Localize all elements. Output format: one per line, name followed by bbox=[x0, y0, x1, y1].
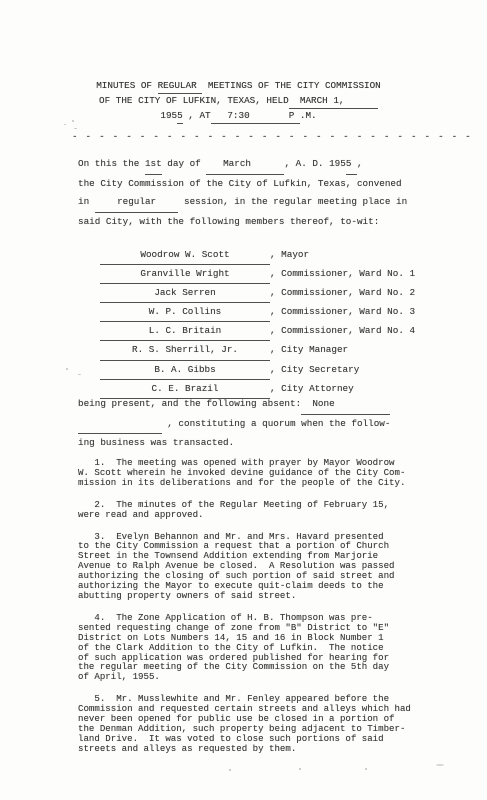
scan-artifact bbox=[229, 769, 231, 771]
year-blank: 5 bbox=[346, 155, 357, 175]
member-title: City Secretary bbox=[281, 364, 359, 375]
opening-line-4: said City, with the following members th… bbox=[78, 213, 407, 232]
minutes-item-2: 2. The minutes of the Regular Meeting of… bbox=[78, 500, 411, 520]
opening-line-2: the City Commission of the City of Lufki… bbox=[78, 175, 407, 194]
opening-line-1: On this the 1st day of March , A. D. 195… bbox=[78, 155, 407, 175]
roster-row: R. S. Sherrill, Jr., City Manager bbox=[100, 341, 415, 360]
opening-line-3: in regular session, in the regular meeti… bbox=[78, 193, 407, 213]
roster-row: L. C. Britain, Commissioner, Ward No. 4 bbox=[100, 322, 415, 341]
absent-blank-2 bbox=[78, 415, 162, 435]
roster-row: Woodrow W. Scott, Mayor bbox=[100, 246, 415, 265]
minutes-item-4: 4. The Zone Application of H. B. Thompso… bbox=[78, 613, 411, 682]
member-name: W. P. Collins bbox=[100, 303, 270, 322]
day-blank: 1st bbox=[145, 155, 162, 175]
minutes-item-3: 3. Evelyn Behannon and Mr. and Mrs. Hava… bbox=[78, 532, 411, 601]
scan-artifact bbox=[299, 768, 301, 770]
member-name: R. S. Sherrill, Jr. bbox=[100, 341, 270, 360]
member-title: Commissioner, Ward No. 3 bbox=[281, 306, 415, 317]
roster-row: W. P. Collins, Commissioner, Ward No. 3 bbox=[100, 303, 415, 322]
meeting-type-blank: REGULAR bbox=[158, 79, 203, 94]
meeting-date-blank: MARCH 1, bbox=[289, 94, 378, 109]
absent-blank: None bbox=[301, 395, 390, 415]
scan-artifact bbox=[436, 764, 444, 766]
roster-row: Granville Wright, Commissioner, Ward No.… bbox=[100, 265, 415, 284]
title-line-2: OF THE CITY OF LUFKIN, TEXAS, HELD MARCH… bbox=[0, 94, 477, 109]
member-name: L. C. Britain bbox=[100, 322, 270, 341]
document-page: MINUTES OF REGULAR MEETINGS OF THE CITY … bbox=[0, 0, 487, 800]
quorum-paragraph: being present, and the following absent:… bbox=[78, 395, 390, 453]
dashed-separator: - - - - - - - - - - - - - - - - - - - - … bbox=[72, 131, 472, 142]
session-type-blank: regular bbox=[95, 193, 179, 213]
quorum-line-1: being present, and the following absent:… bbox=[78, 395, 390, 415]
member-title: City Attorney bbox=[281, 383, 354, 394]
minutes-items: 1. The meeting was opened with prayer by… bbox=[78, 458, 411, 766]
member-title: Commissioner, Ward No. 2 bbox=[281, 287, 415, 298]
scan-artifact bbox=[72, 120, 74, 122]
scan-artifact bbox=[64, 124, 66, 125]
am-pm-blank: P bbox=[266, 109, 299, 124]
scan-artifact bbox=[365, 768, 367, 770]
scan-artifact bbox=[66, 368, 68, 370]
quorum-line-3: ing business was transacted. bbox=[78, 434, 390, 453]
scan-artifact bbox=[78, 374, 81, 375]
roster-row: Jack Serren, Commissioner, Ward No. 2 bbox=[100, 284, 415, 303]
document-title: MINUTES OF REGULAR MEETINGS OF THE CITY … bbox=[0, 79, 477, 124]
members-roster: Woodrow W. Scott, Mayor Granville Wright… bbox=[100, 246, 415, 399]
member-title: Commissioner, Ward No. 4 bbox=[281, 325, 415, 336]
opening-paragraph: On this the 1st day of March , A. D. 195… bbox=[78, 155, 407, 231]
roster-row: B. A. Gibbs, City Secretary bbox=[100, 361, 415, 380]
member-name: B. A. Gibbs bbox=[100, 361, 270, 380]
member-title: City Manager bbox=[281, 344, 348, 355]
member-name: Granville Wright bbox=[100, 265, 270, 284]
member-name: Jack Serren bbox=[100, 284, 270, 303]
month-blank: March bbox=[206, 155, 284, 175]
minutes-item-5: 5. Mr. Musslewhite and Mr. Fenley appear… bbox=[78, 694, 411, 753]
member-title: Mayor bbox=[281, 249, 309, 260]
quorum-line-2: , constituting a quorum when the follow- bbox=[78, 415, 390, 435]
meeting-time-blank: 7:30 bbox=[211, 109, 267, 124]
scan-artifact bbox=[74, 128, 77, 129]
minutes-item-1: 1. The meeting was opened with prayer by… bbox=[78, 458, 411, 488]
member-title: Commissioner, Ward No. 1 bbox=[281, 268, 415, 279]
member-name: Woodrow W. Scott bbox=[100, 246, 270, 265]
title-line-1: MINUTES OF REGULAR MEETINGS OF THE CITY … bbox=[0, 79, 477, 94]
